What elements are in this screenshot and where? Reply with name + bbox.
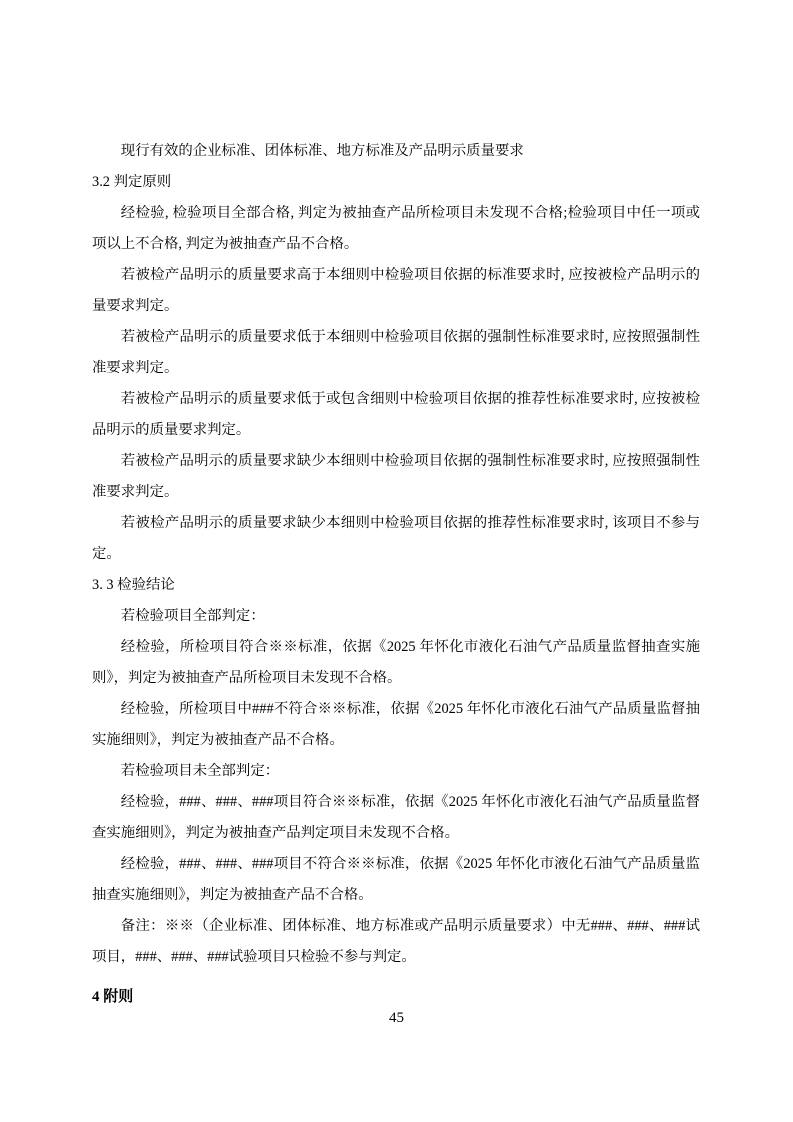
page-number: 45 [0,1010,793,1027]
text-line: 备注：※※（企业标准、团体标准、地方标准或产品明示质量要求）中无###、###、… [92,911,700,942]
text-line: 准要求判定。 [92,353,700,384]
text-line: 则》，判定为被抽查产品所检项目未发现不合格。 [92,663,700,694]
text-line: 项以上不合格, 判定为被抽查产品不合格。 [92,229,700,260]
text-line: 品明示的质量要求判定。 [92,415,700,446]
text-line: 3.2 判定原则 [92,167,700,198]
document-page: 现行有效的企业标准、团体标准、地方标准及产品明示质量要求3.2 判定原则经检验,… [0,0,793,1122]
text-line: 若检验项目未全部判定： [92,756,700,787]
document-body: 现行有效的企业标准、团体标准、地方标准及产品明示质量要求3.2 判定原则经检验,… [92,136,700,1013]
text-line: 量要求判定。 [92,291,700,322]
text-line: 经检验, 检验项目全部合格, 判定为被抽查产品所检项目未发现不合格;检验项目中任… [92,198,700,229]
text-line: 3. 3 检验结论 [92,570,700,601]
text-line: 若检验项目全部判定： [92,601,700,632]
text-line: 经检验，所检项目中###不符合※※标准，依据《2025 年怀化市液化石油气产品质… [92,694,700,725]
text-line: 若被检产品明示的质量要求缺少本细则中检验项目依据的强制性标准要求时, 应按照强制… [92,446,700,477]
text-line: 若被检产品明示的质量要求高于本细则中检验项目依据的标准要求时, 应按被检产品明示… [92,260,700,291]
text-line: 经检验，###、###、###项目不符合※※标准，依据《2025 年怀化市液化石… [92,849,700,880]
text-line: 经检验，###、###、###项目符合※※标准，依据《2025 年怀化市液化石油… [92,787,700,818]
text-line: 准要求判定。 [92,477,700,508]
text-line: 实施细则》，判定为被抽查产品不合格。 [92,725,700,756]
text-line: 项目，###、###、###试验项目只检验不参与判定。 [92,942,700,973]
section-heading: 4 附则 [92,982,700,1013]
text-line: 抽查实施细则》，判定为被抽查产品不合格。 [92,880,700,911]
text-line: 查实施细则》，判定为被抽查产品判定项目未发现不合格。 [92,818,700,849]
text-line: 经检验，所检项目符合※※标准，依据《2025 年怀化市液化石油气产品质量监督抽查… [92,632,700,663]
text-line: 若被检产品明示的质量要求低于或包含细则中检验项目依据的推荐性标准要求时, 应按被… [92,384,700,415]
text-line: 定。 [92,539,700,570]
text-line: 现行有效的企业标准、团体标准、地方标准及产品明示质量要求 [92,136,700,167]
text-line: 若被检产品明示的质量要求低于本细则中检验项目依据的强制性标准要求时, 应按照强制… [92,322,700,353]
text-line: 若被检产品明示的质量要求缺少本细则中检验项目依据的推荐性标准要求时, 该项目不参… [92,508,700,539]
